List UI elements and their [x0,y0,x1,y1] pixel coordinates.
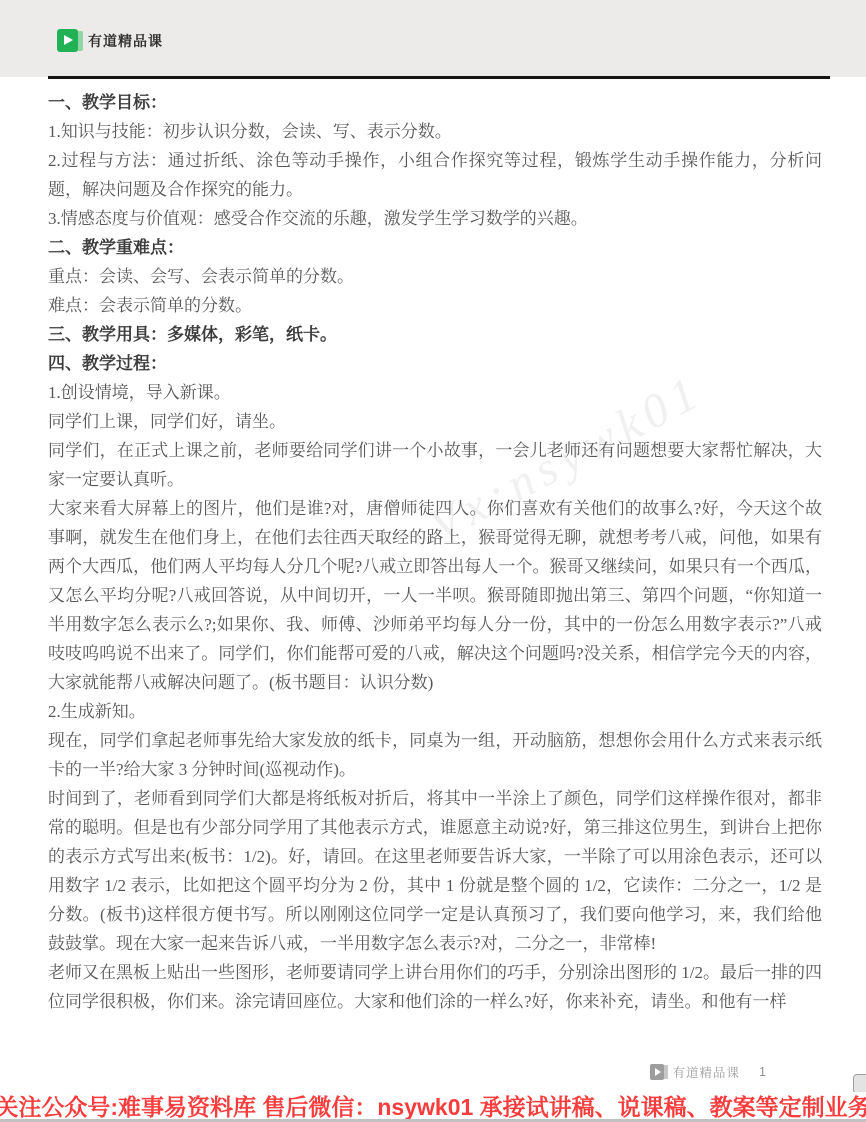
doc-block: 二、教学重难点： [48,233,822,262]
play-icon [57,29,80,52]
doc-block: 同学们上课，同学们好，请坐。 [48,407,822,436]
doc-block: 大家来看大屏幕上的图片，他们是谁?对，唐僧师徒四人。你们喜欢有关他们的故事么?好… [48,494,822,697]
doc-block: 1.创设情境，导入新课。 [48,378,822,407]
doc-block: 现在，同学们拿起老师事先给大家发放的纸卡，同桌为一组，开动脑筋，想想你会用什么方… [48,726,822,784]
footer-brand: 有道精品课 1 [650,1063,766,1081]
document-body: 一、教学目标： 1.知识与技能：初步认识分数，会读、写、表示分数。 2.过程与方… [48,88,822,1016]
doc-block: 1.知识与技能：初步认识分数，会读、写、表示分数。 [48,117,822,146]
header-divider [48,76,830,79]
doc-block: 老师又在黑板上贴出一些图形，老师要请同学上讲台用你们的巧手，分别涂出图形的 1/… [48,958,822,1016]
doc-block: 四、教学过程： [48,349,822,378]
brand: 有道精品课 [57,29,163,52]
doc-block: 同学们，在正式上课之前，老师要给同学们讲一个小故事，一会儿老师还有问题想要大家帮… [48,436,822,494]
doc-block: 一、教学目标： [48,88,822,117]
doc-block: 2.过程与方法：通过折纸、涂色等动手操作，小组合作探究等过程，锻炼学生动手操作能… [48,146,822,204]
doc-block: 难点：会表示简单的分数。 [48,291,822,320]
page-number: 1 [759,1065,766,1079]
brand-name: 有道精品课 [88,31,163,51]
doc-block: 2.生成新知。 [48,697,822,726]
doc-block: 三、教学用具：多媒体，彩笔，纸卡。 [48,320,822,349]
footer-brand-name: 有道精品课 [673,1063,741,1081]
play-icon [650,1064,666,1080]
promo-banner: 关注公众号:难事易资料库 售后微信：nsywk01 承接试讲稿、说课稿、教案等定… [0,1092,866,1119]
doc-block: 时间到了，老师看到同学们大都是将纸板对折后，将其中一半涂上了颜色，同学们这样操作… [48,784,822,958]
doc-block: 3.情感态度与价值观：感受合作交流的乐趣，激发学生学习数学的兴趣。 [48,204,822,233]
doc-block: 重点：会读、会写、会表示简单的分数。 [48,262,822,291]
